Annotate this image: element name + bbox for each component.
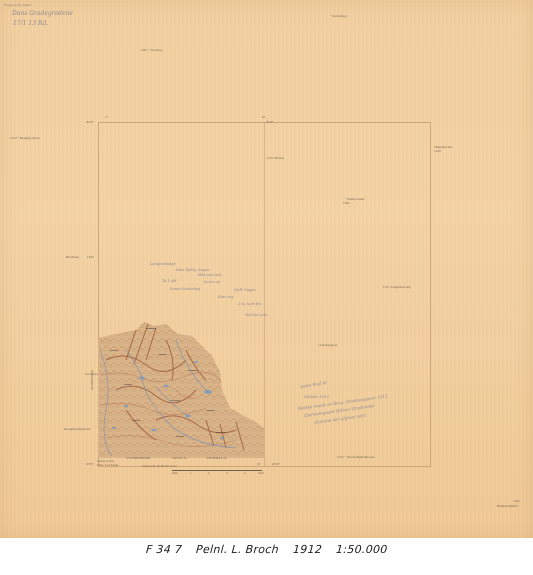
surveyed-topographic-area: GRUBBERSK <box>96 320 264 458</box>
archive-stamp: Norges geogr. Oppm. <box>4 3 32 7</box>
frame-tick-top-mid-lat: 20'30" <box>266 120 274 124</box>
place-label: Deraglfjellsmyrene <box>64 427 90 431</box>
surveyor-name: Pelnl. L. Broch <box>195 543 279 556</box>
pencil-note-line: Dette Blad er <box>300 380 328 390</box>
pencil-note-line: Sluttet 1912 <box>304 394 329 399</box>
scale-bar <box>172 469 262 472</box>
frame-tick-top-left-lat: 20'30" <box>86 120 94 124</box>
survey-year: 1912 <box>292 543 322 556</box>
map-scale: 1:50.000 <box>335 543 388 556</box>
topographic-map-graphic <box>96 320 264 458</box>
pencil-note-line: Ta 1 stil. <box>162 279 178 283</box>
place-label: 1062 <box>343 201 350 205</box>
sheet-caption: F 34 7 Pelnl. L. Broch 1912 1:50.000 <box>0 540 533 558</box>
place-label: 1017 Tangmarkvang <box>383 285 411 289</box>
pencil-note-line: Sanes Forstebeg <box>170 287 200 291</box>
scale-tick: 1 <box>190 471 192 475</box>
scale-tick: 4 <box>244 471 246 475</box>
frame-tick-top-mid: 20' <box>262 115 266 119</box>
pencil-note-line: Kurt reg <box>218 295 233 299</box>
place-label: 1032 <box>87 255 94 259</box>
place-label: ° Sterdalsog <box>330 14 347 18</box>
region-name: VALEN Fj. <box>172 456 188 460</box>
place-label: 1182 <box>513 499 520 503</box>
handwritten-note-title: Dans Gradegradene <box>12 10 73 17</box>
place-label: 1012 ° Borgefjellseter <box>10 136 40 140</box>
handwritten-note-date: 17/1 13 Rd. <box>13 20 48 27</box>
scale-tick: 5km <box>258 471 264 475</box>
place-label: 1015 ° Drostadfjellsmyrene <box>337 455 375 459</box>
scale-tick: 2 <box>208 471 210 475</box>
sheet-id: F 34 7 <box>145 543 182 556</box>
pencil-note-line: Ikke paa hist. <box>198 273 223 277</box>
pencil-note-line: Lever op <box>204 280 220 284</box>
pencil-note-line: Langenstadgr. <box>150 262 176 266</box>
place-label: 1020 <box>434 149 441 153</box>
frame-tick-bottom-right: 40'30" <box>272 462 280 466</box>
region-name: SVINDBORNÆR <box>126 456 151 460</box>
surveyed-area-vertical-label: GRUBBERSK <box>90 370 94 390</box>
place-label: Baukedalfjellet <box>497 504 518 508</box>
survey-credit: Trigonom. & Broch 1912 <box>142 464 177 468</box>
frame-tick-bottom-mid: 10' <box>257 462 261 466</box>
place-label: 1061 ° Grashog <box>141 48 162 52</box>
pencil-note-line: 2 ta. kart fra <box>238 302 261 306</box>
frame-tick-top-left: 15' <box>105 115 109 119</box>
region-name: ENDEDAL Fj. <box>207 456 227 460</box>
place-label: 1132 Rasgjorv <box>318 343 338 347</box>
frame-tick-bottom-left: 20'30" <box>86 462 94 466</box>
pencil-notes-right: Dette Blad er Sluttet 1912 Resten maalt … <box>292 380 432 450</box>
pencil-notes-center: Langenstadgr. Ruts Fjellg. hagen Ikke pa… <box>150 262 275 322</box>
pencil-note-line: Ruts Fjellg. hagen <box>176 268 209 272</box>
scale-tick: 0km <box>172 471 178 475</box>
scale-tick: 3 <box>226 471 228 475</box>
place-label: Brushaug <box>66 255 79 259</box>
pencil-note-line: Fjell- hagen <box>234 288 256 292</box>
scale-bar-line <box>172 470 262 471</box>
surveyed-note-left-2: Flatr. Lid Telde <box>97 463 118 467</box>
place-label: 1012 Bruedj <box>267 156 284 160</box>
pencil-note-line: Ved sin Leie <box>245 313 267 317</box>
map-sheet-paper: Norges geogr. Oppm. Dans Gradegradene 17… <box>0 0 533 538</box>
